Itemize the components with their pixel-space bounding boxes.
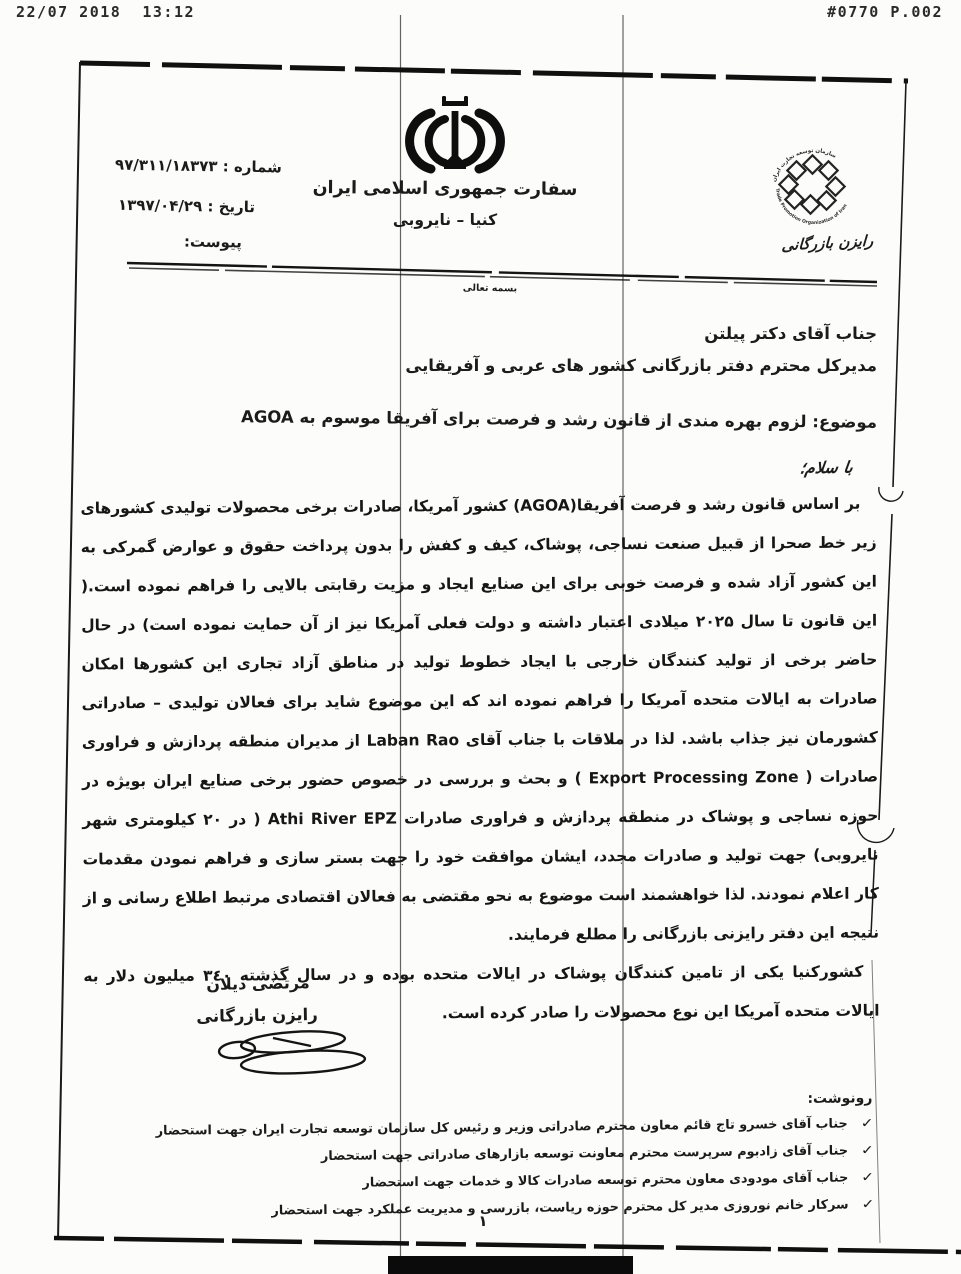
embassy-location: کنیا – نایروبی — [295, 211, 595, 229]
recipient-name: جناب آقای دکتر پیلتن — [704, 324, 877, 343]
cc-item-text: جناب آقای مودودی معاون محترم توسعه صادرا… — [362, 1171, 848, 1191]
page-number: ۱ — [468, 1212, 498, 1230]
bismillah-text: بسمه تعالی — [430, 282, 550, 295]
cc-item-text: جناب آقای زادبوم سرپرست محترم معاونت توس… — [321, 1144, 848, 1165]
cc-block: رونوشت: ✓جناب آقای خسرو تاج قائم معاون م… — [155, 1090, 873, 1226]
iran-emblem-icon — [399, 96, 511, 178]
letter-body: بر اساس قانون رشد و فرصت آفریقا(AGOA) کش… — [80, 485, 879, 1036]
date-value: ۱۳۹۷/۰۴/۲۹ — [118, 196, 203, 215]
date-label: تاریخ : — [207, 197, 255, 216]
attachment-label: پیوست: — [184, 232, 242, 251]
checkmark-icon: ✓ — [861, 1191, 874, 1218]
recipient-title: مدیرکل محترم دفتر بازرگانی کشور های عربی… — [405, 356, 877, 375]
signatory-name: مرتضی دیلان — [178, 973, 338, 995]
number-label: شماره : — [223, 157, 282, 176]
page-border-top — [80, 63, 908, 81]
body-paragraph-1: بر اساس قانون رشد و فرصت آفریقا(AGOA) کش… — [80, 485, 879, 958]
salutation-text: با سلام؛ — [799, 458, 854, 478]
cc-item-text: سرکار خانم نوروزی مدیر کل محترم حوزه ریا… — [271, 1198, 848, 1219]
letter-number-line: شماره : ۹۷/۳۱۱/۱۸۳۷۳ — [115, 156, 282, 177]
checkmark-icon: ✓ — [861, 1164, 874, 1191]
number-value: ۹۷/۳۱۱/۱۸۳۷۳ — [115, 156, 218, 176]
scanned-fax-letter: 22/07 2018 13:12 #0770 P.002 — [0, 0, 961, 1274]
checkmark-icon: ✓ — [861, 1110, 874, 1137]
page-border-bottom — [54, 1238, 961, 1252]
checkmark-icon: ✓ — [861, 1137, 874, 1164]
scanner-edge-artifact — [388, 1256, 633, 1274]
letter-date-line: تاریخ : ۱۳۹۷/۰۴/۲۹ — [118, 196, 255, 216]
embassy-name: سفارت جمهوری اسلامی ایران — [295, 178, 595, 200]
page-border-left — [58, 62, 80, 1240]
attachment-line: پیوست: — [184, 232, 242, 251]
cc-item-text: جناب آقای خسرو تاج قائم معاون محترم صادر… — [156, 1117, 848, 1139]
tpo-seal-icon: سازمان توسعه تجارت ایران Trade Promotion… — [760, 140, 868, 228]
handwritten-signature — [215, 1024, 375, 1084]
